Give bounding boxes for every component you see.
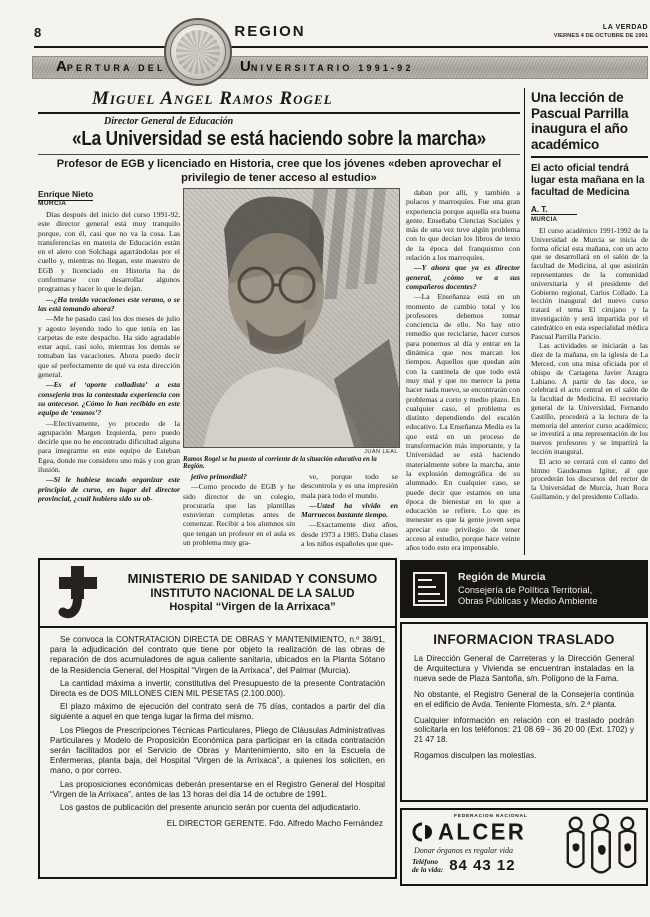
page-number: 8 [34,25,41,40]
article-headline: «La Universidad se está haciendo sobre l… [72,128,487,151]
paragraph: —Efectivamente, yo procedo de la agrupac… [38,419,180,475]
portrait-man-glasses-icon [184,189,399,447]
paragraph: —Es el ‘aporte colladista’ a esta consej… [38,380,180,417]
paragraph: El plazo máximo de ejecución del contrat… [50,702,385,722]
article-column-4: daban por allí, y también a polacos y ma… [406,188,520,554]
byline-place: MURCIA [38,200,66,207]
paragraph: Cualquier información en relación con el… [414,716,634,746]
paragraph: La cantidad máxima a invertir, constitut… [50,679,385,699]
phone-label-line2: de la vida: [412,865,443,874]
info-traslado-title: INFORMACION TRASLADO [414,632,634,647]
article-photo [183,188,400,448]
article-column-1: Días después del inicio del curso 1991-9… [38,210,180,554]
masthead-date: VIERNES 4 DE OCTUBRE DE 1991 [528,32,648,40]
ad-region-header: Región de Murcia Consejería de Política … [400,560,648,618]
alcer-phone-number: 84 43 12 [449,857,515,874]
ad-alcer-box: FEDERACION NACIONAL ALCER Donar órganos … [400,808,648,886]
banner-initial-a: A [56,58,67,75]
banner-rest-universitario: NIVERSITARIO 1991-92 [251,63,414,73]
sidebar-divider [524,88,525,555]
paragraph: Las proposiciones económicas deberán pre… [50,780,385,800]
institute-title: INSTITUTO NACIONAL DE LA SALUD [110,587,395,601]
paragraph: Los gastos de publicación del presente a… [50,803,385,813]
subhead-rule [38,154,520,155]
paragraph: —La Enseñanza está en un momento de camb… [406,292,520,552]
alcer-phone-row: Teléfono de la vida: 84 43 12 [412,857,572,874]
sidebar-article: Una lección de Pascual Parrilla inaugura… [531,90,648,554]
alcer-logo-row: ALCER [412,819,572,845]
ad-insalud-body: Se convoca la CONTRATACION DIRECTA DE OB… [40,628,395,813]
sidebar-headline-rule [531,156,648,158]
article-column-3: ve, porque todo se descontrola y es una … [301,472,398,554]
paragraph: No obstante, el Registro General de la C… [414,690,634,710]
masthead-name: LA VERDAD [528,24,648,32]
paragraph: Días después del inicio del curso 1991-9… [38,210,180,294]
alcer-name: ALCER [438,818,526,845]
paragraph: —¿Ha tenido vacaciones este verano, o se… [38,295,180,314]
kicker-rule [38,112,520,114]
article-kicker-name: Miguel Angel Ramos Rogel [92,88,333,110]
paragraph: daban por allí, y también a polacos y ma… [406,188,520,262]
paragraph: —Usted ha vivido en Marruecos bastante t… [301,501,398,520]
region-dept-line2: Obras Públicas y Medio Ambiente [458,596,598,608]
ad-insalud-titles: MINISTERIO DE SANIDAD Y CONSUMO INSTITUT… [110,571,395,615]
paragraph: jetivo primordial? [183,472,295,481]
paragraph: La Dirección General de Carreteras y la … [414,654,634,684]
paragraph: Rogamos disculpen las molestias. [414,751,634,761]
photo-caption: Ramos Rogel se ha puesto al corriente de… [183,456,398,471]
paragraph: ve, porque todo se descontrola y es una … [301,472,398,500]
paragraph: —Y ahora que ya es director general, ¿có… [406,263,520,291]
article-kicker-role: Director General de Educación [104,116,233,127]
ad-insalud-header: MINISTERIO DE SANIDAD Y CONSUMO INSTITUT… [40,560,395,628]
photo-credit: JUAN LEAL [183,449,398,455]
masthead-block: LA VERDAD VIERNES 4 DE OCTUBRE DE 1991 [528,24,648,40]
hospital-title: Hospital “Virgen de la Arrixaca” [110,601,395,615]
paragraph: —Si le hubiese tocado organizar este pri… [38,475,180,503]
sidebar-body: El curso académico 1991-1992 de la Unive… [531,227,648,523]
paragraph: Los Pliegos de Prescripciones Técnicas P… [50,726,385,777]
banner-apertura-curso: APERTURA DEL CURSO UNIVERSITARIO 1991-92 [32,56,648,79]
region-murcia-logo-icon [412,571,448,607]
header-rule [34,46,648,48]
info-traslado-body: La Dirección General de Carreteras y la … [414,654,634,761]
banner-text-right: UNIVERSITARIO 1991-92 [240,58,414,76]
article-subhead: Profesor de EGB y licenciado en Historia… [50,158,508,185]
alcer-phone-label: Teléfono de la vida: [412,858,443,874]
paragraph: —Exactamente diez años, desde 1973 a 198… [301,520,398,548]
paragraph: —Como procedo de EGB y he sido director … [183,482,295,547]
paragraph: El curso académico 1991-1992 de la Unive… [531,227,648,341]
region-name: Región de Murcia [458,571,598,583]
paragraph: Se convoca la CONTRATACION DIRECTA DE OB… [50,635,385,676]
sidebar-headline: Una lección de Pascual Parrilla inaugura… [531,90,648,152]
university-seal-icon [164,18,232,86]
banner-initial-u: U [240,58,251,75]
alcer-people-icon [560,813,642,879]
ad-insalud-signature: EL DIRECTOR GERENTE. Fdo. Alfredo Macho … [40,816,395,828]
alcer-left-block: FEDERACION NACIONAL ALCER Donar órganos … [412,814,572,874]
ad-region-titles: Región de Murcia Consejería de Política … [458,571,598,608]
alcer-slogan: Donar órganos es regalar vida [414,846,572,855]
insalud-cross-icon [56,565,100,621]
ad-insalud-box: MINISTERIO DE SANIDAD Y CONSUMO INSTITUT… [38,558,397,879]
ministry-title: MINISTERIO DE SANIDAD Y CONSUMO [110,571,395,587]
sidebar-byline-place: MURCIA [531,217,648,223]
article-column-2: jetivo primordial?—Como procedo de EGB y… [183,472,295,554]
paragraph: El acto se cerrará con el canto del himn… [531,458,648,502]
region-dept-line1: Consejería de Política Territorial, [458,585,598,597]
alcer-logo-mark-icon [412,822,436,842]
ad-info-traslado-box: INFORMACION TRASLADO La Dirección Genera… [400,622,648,802]
newspaper-page: 8 REGION LA VERDAD VIERNES 4 DE OCTUBRE … [0,0,650,917]
sidebar-byline-author: A. T. [531,205,577,215]
paragraph: Las actividades se iniciarán a las diez … [531,342,648,456]
sidebar-subhead: El acto oficial tendrá lugar esta mañana… [531,163,648,199]
paragraph: —Me he pasado casi los dos meses de juli… [38,314,180,379]
